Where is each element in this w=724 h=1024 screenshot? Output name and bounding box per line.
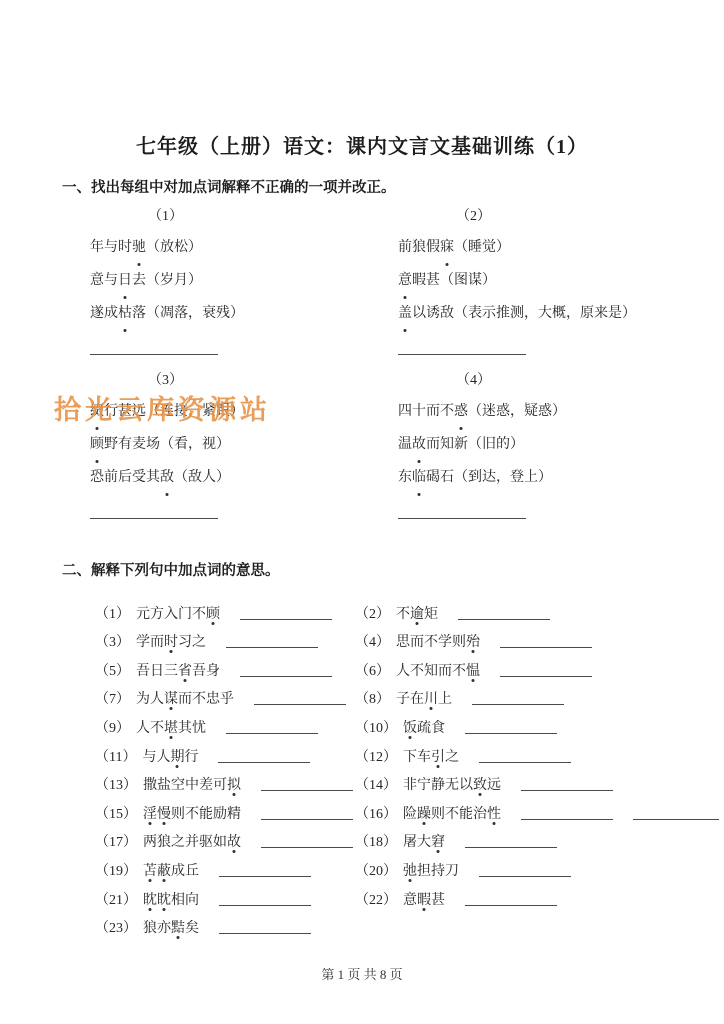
group-4-line: 四十而不惑（迷惑，疑惑） <box>398 395 724 428</box>
item-number: （12） <box>355 746 397 766</box>
item-phrase: 弛担持刀 <box>403 860 459 880</box>
worksheet-page: 七年级（上册）语文：课内文言文基础训练（1） 一、找出每组中对加点词解释不正确的… <box>0 0 724 1024</box>
answer-blank[interactable] <box>472 704 564 705</box>
item-number: （7） <box>95 688 130 708</box>
group-3-line: 缀行甚远（连接，紧跟） <box>90 395 398 428</box>
answer-blank[interactable] <box>219 876 311 877</box>
item-21: （21）眈眈相向 <box>95 880 355 909</box>
section2-items: （1）元方入门不顾 （2）不逾矩 （3）学而时习之 （4）思而不学则殆 （5）吾… <box>95 594 724 937</box>
item-4: （4）思而不学则殆 <box>355 623 724 652</box>
answer-blank[interactable] <box>240 619 332 620</box>
group-3-line: 恐前后受其敌（敌人） <box>90 461 398 494</box>
answer-blank[interactable] <box>219 905 311 906</box>
item-phrase: 元方入门不顾 <box>136 603 220 623</box>
group-2: （2） 前狼假寐（睡觉） 意暇甚（图谋） 盖以诱敌（表示推测，大概，原来是） <box>398 203 724 361</box>
item-phrase: 子在川上 <box>396 688 452 708</box>
item-number: （16） <box>355 803 397 823</box>
item-15: （15）淫慢则不能励精 <box>95 794 355 823</box>
group-3: （3） 缀行甚远（连接，紧跟） 顾野有麦场（看，视） 恐前后受其敌（敌人） <box>90 367 398 525</box>
item-phrase: 眈眈相向 <box>143 889 199 909</box>
answer-blank[interactable] <box>218 762 310 763</box>
item-number: （10） <box>355 717 397 737</box>
groups-row-2: （3） 缀行甚远（连接，紧跟） 顾野有麦场（看，视） 恐前后受其敌（敌人） （4… <box>90 367 724 525</box>
answer-blank[interactable] <box>479 876 571 877</box>
answer-blank[interactable] <box>500 676 592 677</box>
item-number: （3） <box>95 631 130 651</box>
answer-blank[interactable] <box>398 354 526 355</box>
group-3-line: 顾野有麦场（看，视） <box>90 428 398 461</box>
item-18: （18）屠大窘 <box>355 823 724 852</box>
group-4-line: 东临碣石（到达，登上） <box>398 461 724 494</box>
item-22: （22）意暇甚 <box>355 880 724 909</box>
item-16: （16）险躁则不能治性 <box>355 794 724 823</box>
item-number: （18） <box>355 831 397 851</box>
answer-blank[interactable] <box>458 619 550 620</box>
item-phrase: 淫慢则不能励精 <box>143 803 241 823</box>
item-20: （20）弛担持刀 <box>355 851 724 880</box>
item-number: （2） <box>355 603 390 623</box>
item-11: （11）与人期行 <box>95 737 355 766</box>
answer-blank[interactable] <box>240 676 332 677</box>
item-number: （9） <box>95 717 130 737</box>
item-23: （23）狼亦黠矣 <box>95 909 355 938</box>
item-number: （4） <box>355 631 390 651</box>
item-19: （19）苫蔽成丘 <box>95 851 355 880</box>
item-phrase: 不逾矩 <box>396 603 438 623</box>
item-phrase: 两狼之并驱如故 <box>143 831 241 851</box>
item-phrase: 为人谋而不忠乎 <box>136 688 234 708</box>
group-4-line: 温故而知新（旧的） <box>398 428 724 461</box>
item-phrase: 下车引之 <box>403 746 459 766</box>
answer-blank[interactable] <box>465 905 557 906</box>
group-2-line: 意暇甚（图谋） <box>398 264 724 297</box>
item-9: （9）人不堪其忧 <box>95 708 355 737</box>
item-number: （11） <box>95 746 136 766</box>
group-2-line: 前狼假寐（睡觉） <box>398 231 724 264</box>
answer-blank[interactable] <box>254 704 346 705</box>
item-number: （8） <box>355 688 390 708</box>
section1-heading: 一、找出每组中对加点词解释不正确的一项并改正。 <box>62 176 724 197</box>
item-phrase: 人不堪其忧 <box>136 717 206 737</box>
page-title: 七年级（上册）语文：课内文言文基础训练（1） <box>0 130 724 159</box>
item-10: （10）饭疏食 <box>355 708 724 737</box>
item-5: （5）吾日三省吾身 <box>95 651 355 680</box>
answer-blank[interactable] <box>500 647 592 648</box>
answer-blank[interactable] <box>261 819 353 820</box>
item-number: （5） <box>95 660 130 680</box>
item-phrase: 险躁则不能治性 <box>403 803 501 823</box>
item-phrase: 学而时习之 <box>136 631 206 651</box>
item-7: （7）为人谋而不忠乎 <box>95 680 355 709</box>
item-number: （19） <box>95 860 137 880</box>
group-4-label: （4） <box>456 367 724 395</box>
item-phrase: 思而不学则殆 <box>396 631 480 651</box>
item-14: （14）非宁静无以致远 <box>355 766 724 795</box>
group-1-label: （1） <box>148 203 398 231</box>
answer-blank[interactable] <box>465 847 557 848</box>
item-phrase: 狼亦黠矣 <box>143 917 199 937</box>
answer-blank[interactable] <box>633 819 719 820</box>
answer-blank[interactable] <box>465 733 557 734</box>
item-8: （8）子在川上 <box>355 680 724 709</box>
item-13: （13）撒盐空中差可拟 <box>95 766 355 795</box>
item-number: （22） <box>355 889 397 909</box>
answer-blank[interactable] <box>219 933 311 934</box>
answer-blank[interactable] <box>226 647 318 648</box>
group-1-line: 意与日去（岁月） <box>90 264 398 297</box>
answer-blank[interactable] <box>479 762 571 763</box>
group-3-label: （3） <box>148 367 398 395</box>
item-number: （21） <box>95 889 137 909</box>
section2-heading: 二、解释下列句中加点词的意思。 <box>62 559 724 580</box>
item-number: （17） <box>95 831 137 851</box>
item-phrase: 吾日三省吾身 <box>136 660 220 680</box>
answer-blank[interactable] <box>261 790 353 791</box>
answer-blank[interactable] <box>90 354 218 355</box>
answer-blank[interactable] <box>521 819 613 820</box>
item-phrase: 饭疏食 <box>403 717 445 737</box>
answer-blank[interactable] <box>521 790 613 791</box>
groups-row-1: （1） 年与时驰（放松） 意与日去（岁月） 遂成枯落（凋落，衰残） （2） 前狼… <box>90 203 724 361</box>
item-number: （14） <box>355 774 397 794</box>
item-phrase: 非宁静无以致远 <box>403 774 501 794</box>
item-17: （17）两狼之并驱如故 <box>95 823 355 852</box>
item-phrase: 屠大窘 <box>403 831 445 851</box>
item-phrase: 苫蔽成丘 <box>143 860 199 880</box>
group-1-line: 年与时驰（放松） <box>90 231 398 264</box>
group-2-line: 盖以诱敌（表示推测，大概，原来是） <box>398 297 724 330</box>
item-number: （1） <box>95 603 130 623</box>
item-number: （15） <box>95 803 137 823</box>
answer-blank[interactable] <box>261 847 353 848</box>
group-4: （4） 四十而不惑（迷惑，疑惑） 温故而知新（旧的） 东临碣石（到达，登上） <box>398 367 724 525</box>
item-number: （13） <box>95 774 137 794</box>
item-12: （12）下车引之 <box>355 737 724 766</box>
item-number: （20） <box>355 860 397 880</box>
item-6: （6）人不知而不愠 <box>355 651 724 680</box>
answer-blank[interactable] <box>226 733 318 734</box>
page-footer: 第 1 页 共 8 页 <box>0 964 724 983</box>
item-phrase: 人不知而不愠 <box>396 660 480 680</box>
item-phrase: 意暇甚 <box>403 889 445 909</box>
item-number: （23） <box>95 917 137 937</box>
item-number: （6） <box>355 660 390 680</box>
group-1-line: 遂成枯落（凋落，衰残） <box>90 297 398 330</box>
item-1: （1）元方入门不顾 <box>95 594 355 623</box>
group-2-label: （2） <box>456 203 724 231</box>
answer-blank[interactable] <box>398 518 526 519</box>
group-1: （1） 年与时驰（放松） 意与日去（岁月） 遂成枯落（凋落，衰残） <box>90 203 398 361</box>
item-2: （2）不逾矩 <box>355 594 724 623</box>
item-phrase: 撒盐空中差可拟 <box>143 774 241 794</box>
item-phrase: 与人期行 <box>142 746 198 766</box>
item-3: （3）学而时习之 <box>95 623 355 652</box>
answer-blank[interactable] <box>90 518 218 519</box>
